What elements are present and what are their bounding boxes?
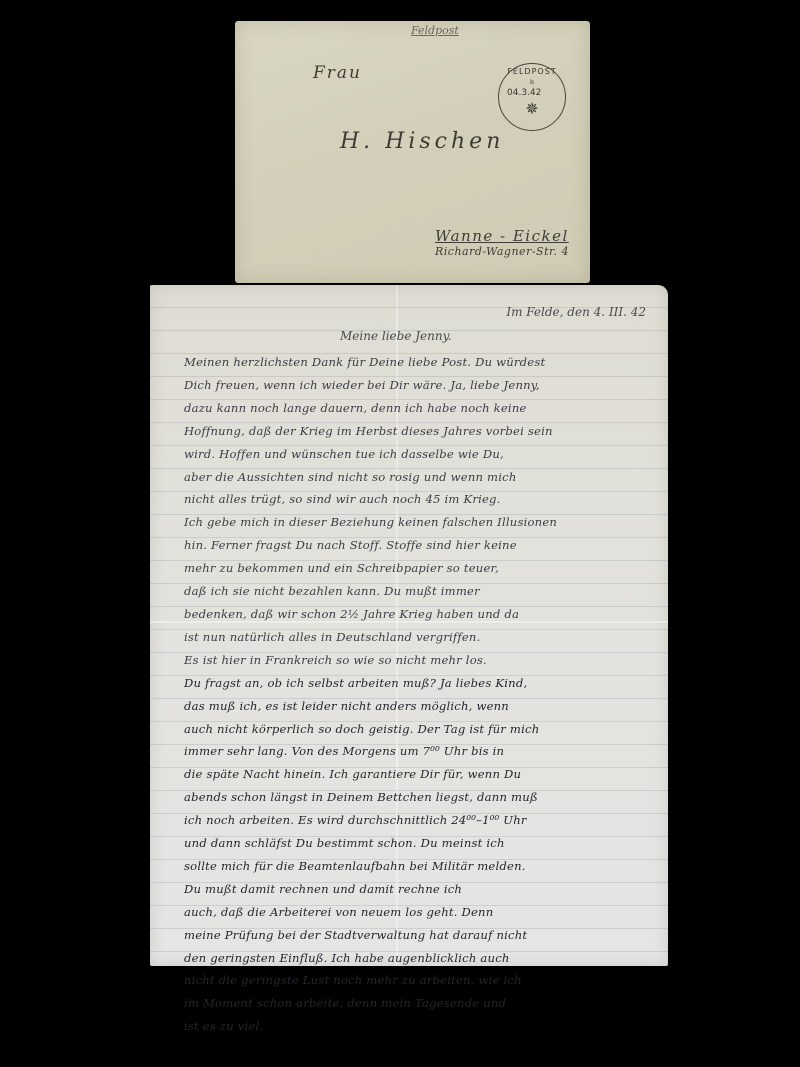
letter-line: Es ist hier in Frankreich so wie so nich… xyxy=(184,649,664,672)
letter-line: meine Prüfung bei der Stadtverwaltung ha… xyxy=(184,924,664,947)
letter-line: hin. Ferner fragst Du nach Stoff. Stoffe… xyxy=(184,534,664,557)
letter-line: im Moment schon arbeite, denn mein Tages… xyxy=(184,992,664,1015)
letter-line: Hoffnung, daß der Krieg im Herbst dieses… xyxy=(184,420,664,443)
handwritten-letter: Im Felde, den 4. III. 42 Meine liebe Jen… xyxy=(150,285,668,966)
letter-line: auch nicht körperlich so doch geistig. D… xyxy=(184,718,664,741)
letter-body: Meinen herzlichsten Dank für Deine liebe… xyxy=(184,351,664,1038)
letter-line: bedenken, daß wir schon 2½ Jahre Krieg h… xyxy=(184,603,664,626)
letter-line: wird. Hoffen und wünschen tue ich dassel… xyxy=(184,443,664,466)
letter-line: nicht die geringste Lust noch mehr zu ar… xyxy=(184,969,664,992)
letter-line: nicht alles trügt, so sind wir auch noch… xyxy=(184,488,664,511)
recipient-street: Richard-Wagner-Str. 4 xyxy=(435,245,569,258)
recipient-name: H. Hischen xyxy=(340,129,504,154)
letter-line: Ich gebe mich in dieser Beziehung keinen… xyxy=(184,511,664,534)
eagle-emblem-icon: ✵ xyxy=(499,101,565,117)
letter-line: daß ich sie nicht bezahlen kann. Du mußt… xyxy=(184,580,664,603)
postmark-code: b xyxy=(499,79,565,86)
letter-line: und dann schläfst Du bestimmt schon. Du … xyxy=(184,832,664,855)
letter-line: den geringsten Einfluß. Ich habe augenbl… xyxy=(184,947,664,970)
letter-line: dazu kann noch lange dauern, denn ich ha… xyxy=(184,397,664,420)
letter-greeting: Meine liebe Jenny. xyxy=(340,329,452,343)
letter-line: Dich freuen, wenn ich wieder bei Dir wär… xyxy=(184,374,664,397)
letter-date-line: Im Felde, den 4. III. 42 xyxy=(506,305,646,319)
feldpost-header: Feldpost xyxy=(411,24,459,37)
postmark-date: 04.3.42 xyxy=(507,88,541,98)
letter-line: Meinen herzlichsten Dank für Deine liebe… xyxy=(184,351,664,374)
recipient-salutation: Frau xyxy=(313,63,362,83)
letter-line: sollte mich für die Beamtenlaufbahn bei … xyxy=(184,855,664,878)
letter-line: ist nun natürlich alles in Deutschland v… xyxy=(184,626,664,649)
letter-line: ist es zu viel. xyxy=(184,1015,664,1038)
envelope: Feldpost Frau H. Hischen Wanne - Eickel … xyxy=(235,21,590,283)
letter-line: abends schon längst in Deinem Bettchen l… xyxy=(184,786,664,809)
letter-line: aber die Aussichten sind nicht so rosig … xyxy=(184,466,664,489)
letter-line: ich noch arbeiten. Es wird durchschnittl… xyxy=(184,809,664,832)
letter-line: Du mußt damit rechnen und damit rechne i… xyxy=(184,878,664,901)
letter-line: immer sehr lang. Von des Morgens um 7⁰⁰ … xyxy=(184,740,664,763)
letter-line: das muß ich, es ist leider nicht anders … xyxy=(184,695,664,718)
postmark-stamp: FELDPOST b 04.3.42 ✵ xyxy=(498,63,566,131)
recipient-city: Wanne - Eickel xyxy=(435,227,569,245)
postmark-title: FELDPOST xyxy=(499,67,565,76)
letter-line: auch, daß die Arbeiterei von neuem los g… xyxy=(184,901,664,924)
letter-line: mehr zu bekommen und ein Schreibpapier s… xyxy=(184,557,664,580)
letter-line: die späte Nacht hinein. Ich garantiere D… xyxy=(184,763,664,786)
letter-line: Du fragst an, ob ich selbst arbeiten muß… xyxy=(184,672,664,695)
